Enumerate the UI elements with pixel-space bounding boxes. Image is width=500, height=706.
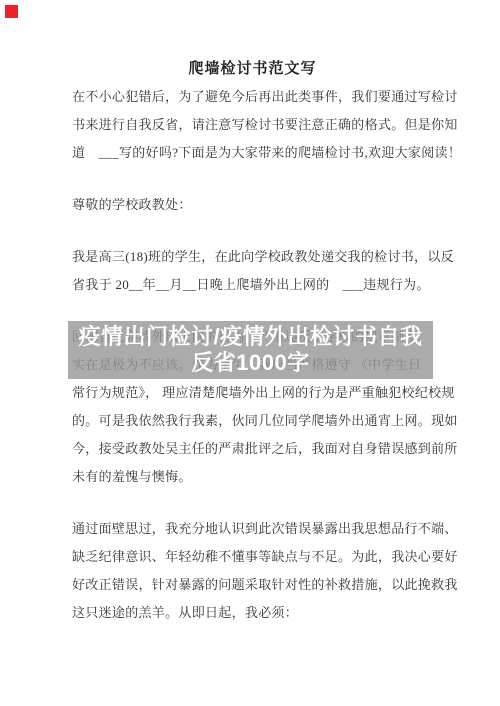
text-line: 书来进行自我反省，请注意写检讨书要注意正确的格式。但是你知 [72, 111, 433, 139]
text-line: 通过面壁思过，我充分地认识到此次错误暴露出我思想品行不端、 [72, 515, 433, 543]
text-line: 道 ___写的好吗?下面是为大家带来的爬墙检讨书,欢迎大家阅读！ [72, 139, 433, 167]
overlay-title-line-1: 疫情出门检讨/疫情外出检讨书自我 [68, 324, 433, 350]
text-line: 这只迷途的羔羊。从即日起，我必须： [72, 599, 433, 627]
paragraph: 通过面壁思过，我充分地认识到此次错误暴露出我思想品行不端、缺乏纪律意识、年轻幼稚… [72, 515, 433, 627]
text-line: 省我于 20__年__月__日晚上爬墙外出上网的 ___违规行为。 [72, 271, 433, 299]
text-line: 好改正错误，针对暴露的问题采取针对性的补救措施，以此挽救我 [72, 571, 433, 599]
text-line: 我是高三(18)班的学生，在此向学校政教处递交我的检讨书，以反 [72, 243, 433, 271]
document-title: 爬墙检讨书范文写 [72, 55, 433, 83]
text-line: 未有的羞愧与懊悔。 [72, 463, 433, 491]
text-line: 在不小心犯错后，为了避免今后再出此类事件，我们要通过写检讨 [72, 83, 433, 111]
text-line: 缺乏纪律意识、年轻幼稚不懂事等缺点与不足。为此，我决心要好 [72, 543, 433, 571]
paragraph: 在不小心犯错后，为了避免今后再出此类事件，我们要通过写检讨书来进行自我反省，请注… [72, 83, 433, 167]
watermark-overlay-banner: 疫情出门检讨/疫情外出检讨书自我 反省1000字 [68, 321, 433, 379]
overlay-title-line-2: 反省1000字 [68, 350, 433, 376]
document-page: 爬墙检讨书范文写 在不小心犯错后，为了避免今后再出此类事件，我们要通过写检讨书来… [0, 0, 500, 706]
red-corner-marker [5, 5, 18, 18]
document-content: 爬墙检讨书范文写 在不小心犯错后，为了避免今后再出此类事件，我们要通过写检讨书来… [0, 0, 500, 627]
text-line: 尊敬的学校政教处： [72, 191, 433, 219]
text-line: 常行为规范》， 理应清楚爬墙外出上网的行为是严重触犯校纪校规 [72, 379, 433, 407]
text-line: 今，接受政教处吴主任的严肃批评之后，我面对自身错误感到前所 [72, 435, 433, 463]
paragraph: 尊敬的学校政教处： [72, 191, 433, 219]
paragraph: 我是高三(18)班的学生，在此向学校政教处递交我的检讨书，以反省我于 20__年… [72, 243, 433, 299]
text-line: 的。可是我依然我行我素，伙同几位同学爬墙外出通宵上网。现如 [72, 407, 433, 435]
